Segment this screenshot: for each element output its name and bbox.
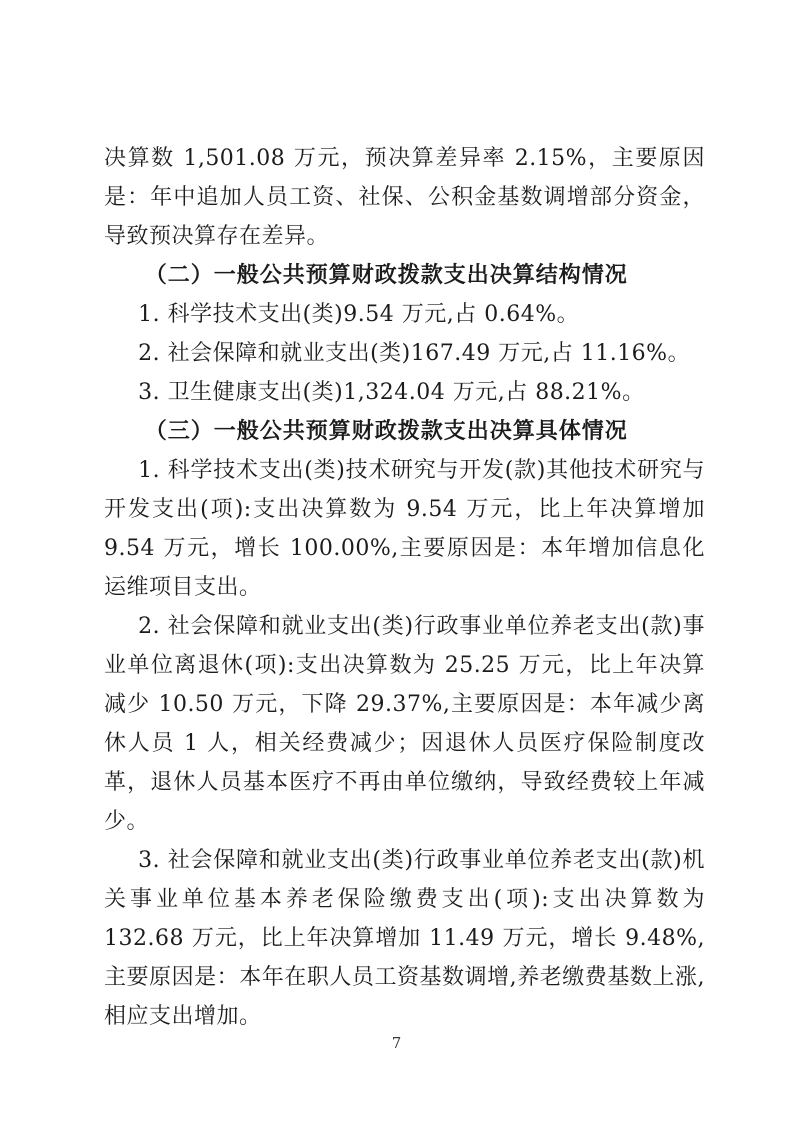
list-item-health: 3. 卫生健康支出(类)1,324.04 万元,占 88.21%。 bbox=[104, 373, 705, 412]
list-item-social-security: 2. 社会保障和就业支出(类)167.49 万元,占 11.16%。 bbox=[104, 334, 705, 373]
section-heading-3: （三）一般公共预算财政拨款支出决算具体情况 bbox=[104, 412, 705, 451]
page-number: 7 bbox=[0, 1034, 793, 1052]
document-body: 决算数 1,501.08 万元，预决算差异率 2.15%，主要原因是：年中追加人… bbox=[104, 139, 705, 1036]
paragraph-detail-3: 3. 社会保障和就业支出(类)行政事业单位养老支出(款)机关事业单位基本养老保险… bbox=[104, 841, 705, 1036]
document-page: 决算数 1,501.08 万元，预决算差异率 2.15%，主要原因是：年中追加人… bbox=[0, 0, 793, 1122]
paragraph-detail-1: 1. 科学技术支出(类)技术研究与开发(款)其他技术研究与开发支出(项):支出决… bbox=[104, 451, 705, 607]
section-heading-2: （二）一般公共预算财政拨款支出决算结构情况 bbox=[104, 256, 705, 295]
list-item-science-tech: 1. 科学技术支出(类)9.54 万元,占 0.64%。 bbox=[104, 295, 705, 334]
paragraph-carryover: 决算数 1,501.08 万元，预决算差异率 2.15%，主要原因是：年中追加人… bbox=[104, 139, 705, 256]
paragraph-detail-2: 2. 社会保障和就业支出(类)行政事业单位养老支出(款)事业单位离退休(项):支… bbox=[104, 607, 705, 841]
